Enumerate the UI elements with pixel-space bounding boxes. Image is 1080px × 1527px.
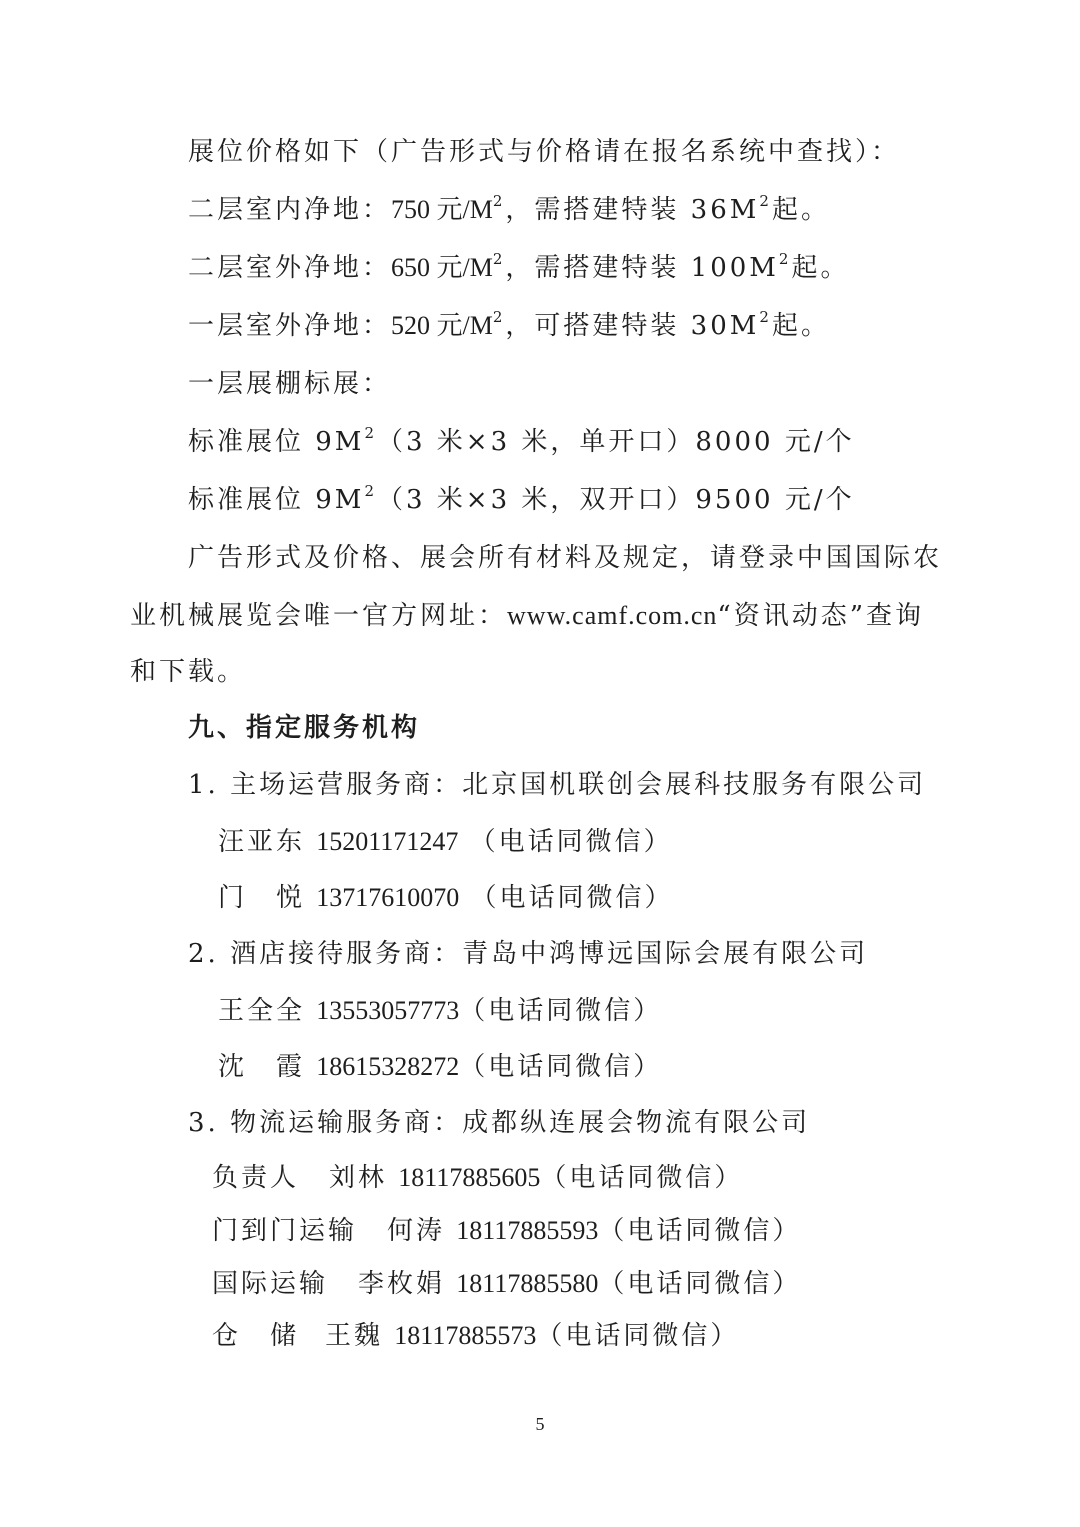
- contact-row: 王全全 13553057773（电话同微信）: [218, 995, 662, 1027]
- contact-name: 李枚娟: [358, 1269, 445, 1299]
- contact-note: （电话同微信）: [459, 1052, 662, 1082]
- booth-double-opening: 标准展位 9M2（3 米×3 米，双开口）9500 元/个: [188, 484, 855, 516]
- price-sup: 2: [493, 308, 506, 326]
- contact-row: 门 悦 13717610070 （电话同微信）: [218, 882, 674, 914]
- contact-role: 国际运输: [212, 1269, 328, 1299]
- page-number: 5: [0, 1414, 1080, 1435]
- booth-single-opening: 标准展位 9M2（3 米×3 米，单开口）8000 元/个: [188, 426, 855, 458]
- contact-phone: 18117885593: [456, 1216, 598, 1245]
- contact-note: （电话同微信）: [470, 827, 673, 857]
- provider-title: 2. 酒店接待服务商：青岛中鸿博远国际会展有限公司: [188, 938, 868, 970]
- contact-row: 仓 储王魏 18117885573（电话同微信）: [212, 1320, 739, 1352]
- price-value: 750 元/M: [391, 195, 493, 224]
- booth-pre: 标准展位 9M: [188, 427, 364, 457]
- booth-sup: 2: [364, 424, 377, 442]
- contact-name: 门 悦: [218, 883, 305, 913]
- contact-role: 仓 储: [212, 1321, 299, 1351]
- booth-sup: 2: [364, 482, 377, 500]
- note-text: 业机械展览会唯一官方网址：: [130, 601, 507, 631]
- contact-phone: 18117885580: [456, 1269, 598, 1298]
- price-sup: 2: [493, 250, 506, 268]
- contact-name: 汪亚东: [218, 827, 305, 857]
- contact-note: （电话同微信）: [598, 1216, 801, 1246]
- price-tail: ，可搭建特装 30M: [505, 311, 759, 341]
- contact-phone: 13717610070: [316, 883, 459, 912]
- contact-name: 王全全: [218, 996, 305, 1026]
- booth-post: （3 米×3 米，单开口）8000 元/个: [377, 427, 855, 457]
- contact-note: （电话同微信）: [471, 883, 674, 913]
- price-item-outdoor-2f: 二层室外净地：650 元/M2，需搭建特装 100M2起。: [188, 252, 849, 284]
- booth-post: （3 米×3 米，双开口）9500 元/个: [377, 485, 855, 515]
- note-line-2: 业机械展览会唯一官方网址：www.camf.com.cn“资讯动态”查询: [130, 600, 924, 632]
- contact-name: 刘林: [329, 1163, 387, 1193]
- contact-row: 沈 霞 18615328272（电话同微信）: [218, 1051, 662, 1083]
- contact-name: 王魏: [325, 1321, 383, 1351]
- contact-role: 门到门运输: [212, 1216, 357, 1246]
- contact-row: 国际运输李枚娟 18117885580（电话同微信）: [212, 1268, 801, 1300]
- contact-note: （电话同微信）: [598, 1269, 801, 1299]
- contact-phone: 13553057773: [316, 996, 459, 1025]
- price-end: 起。: [772, 195, 830, 225]
- contact-phone: 18117885605: [398, 1163, 540, 1192]
- price-tail: ，需搭建特装 36M: [505, 195, 759, 225]
- contact-row: 负责人刘林 18117885605（电话同微信）: [212, 1162, 743, 1194]
- price-label: 一层室外净地：: [188, 311, 391, 341]
- contact-note: （电话同微信）: [459, 996, 662, 1026]
- contact-phone: 18615328272: [316, 1052, 459, 1081]
- booth-pre: 标准展位 9M: [188, 485, 364, 515]
- contact-note: （电话同微信）: [540, 1163, 743, 1193]
- price-value: 650 元/M: [391, 253, 493, 282]
- contact-name: 沈 霞: [218, 1052, 305, 1082]
- price-item-indoor-2f: 二层室内净地：750 元/M2，需搭建特装 36M2起。: [188, 194, 830, 226]
- price-end: 起。: [772, 311, 830, 341]
- provider-title: 3. 物流运输服务商：成都纵连展会物流有限公司: [188, 1107, 810, 1139]
- price-tail-sup: 2: [759, 192, 772, 210]
- price-label: 二层室内净地：: [188, 195, 391, 225]
- section-title: 九、指定服务机构: [188, 712, 420, 744]
- booth-heading: 一层展棚标展：: [188, 368, 391, 400]
- price-label: 二层室外净地：: [188, 253, 391, 283]
- price-value: 520 元/M: [391, 311, 493, 340]
- price-end: 起。: [791, 253, 849, 283]
- price-sup: 2: [493, 192, 506, 210]
- contact-row: 汪亚东 15201171247 （电话同微信）: [218, 826, 673, 858]
- note-line-1: 广告形式及价格、展会所有材料及规定，请登录中国国际农: [188, 542, 942, 574]
- pricing-intro: 展位价格如下（广告形式与价格请在报名系统中查找）：: [188, 136, 900, 168]
- contact-name: 何涛: [387, 1216, 445, 1246]
- contact-note: （电话同微信）: [536, 1321, 739, 1351]
- contact-phone: 15201171247: [316, 827, 458, 856]
- price-tail-sup: 2: [779, 250, 792, 268]
- contact-row: 门到门运输何涛 18117885593（电话同微信）: [212, 1215, 801, 1247]
- official-website-link[interactable]: www.camf.com.cn: [507, 601, 717, 630]
- note-text-post: “资讯动态”查询: [717, 601, 924, 631]
- price-tail-sup: 2: [759, 308, 772, 326]
- price-item-outdoor-1f: 一层室外净地：520 元/M2，可搭建特装 30M2起。: [188, 310, 830, 342]
- provider-title: 1. 主场运营服务商：北京国机联创会展科技服务有限公司: [188, 769, 926, 801]
- contact-role: 负责人: [212, 1163, 299, 1193]
- note-line-3: 和下载。: [130, 656, 246, 688]
- price-tail: ，需搭建特装 100M: [505, 253, 779, 283]
- contact-phone: 18117885573: [394, 1321, 536, 1350]
